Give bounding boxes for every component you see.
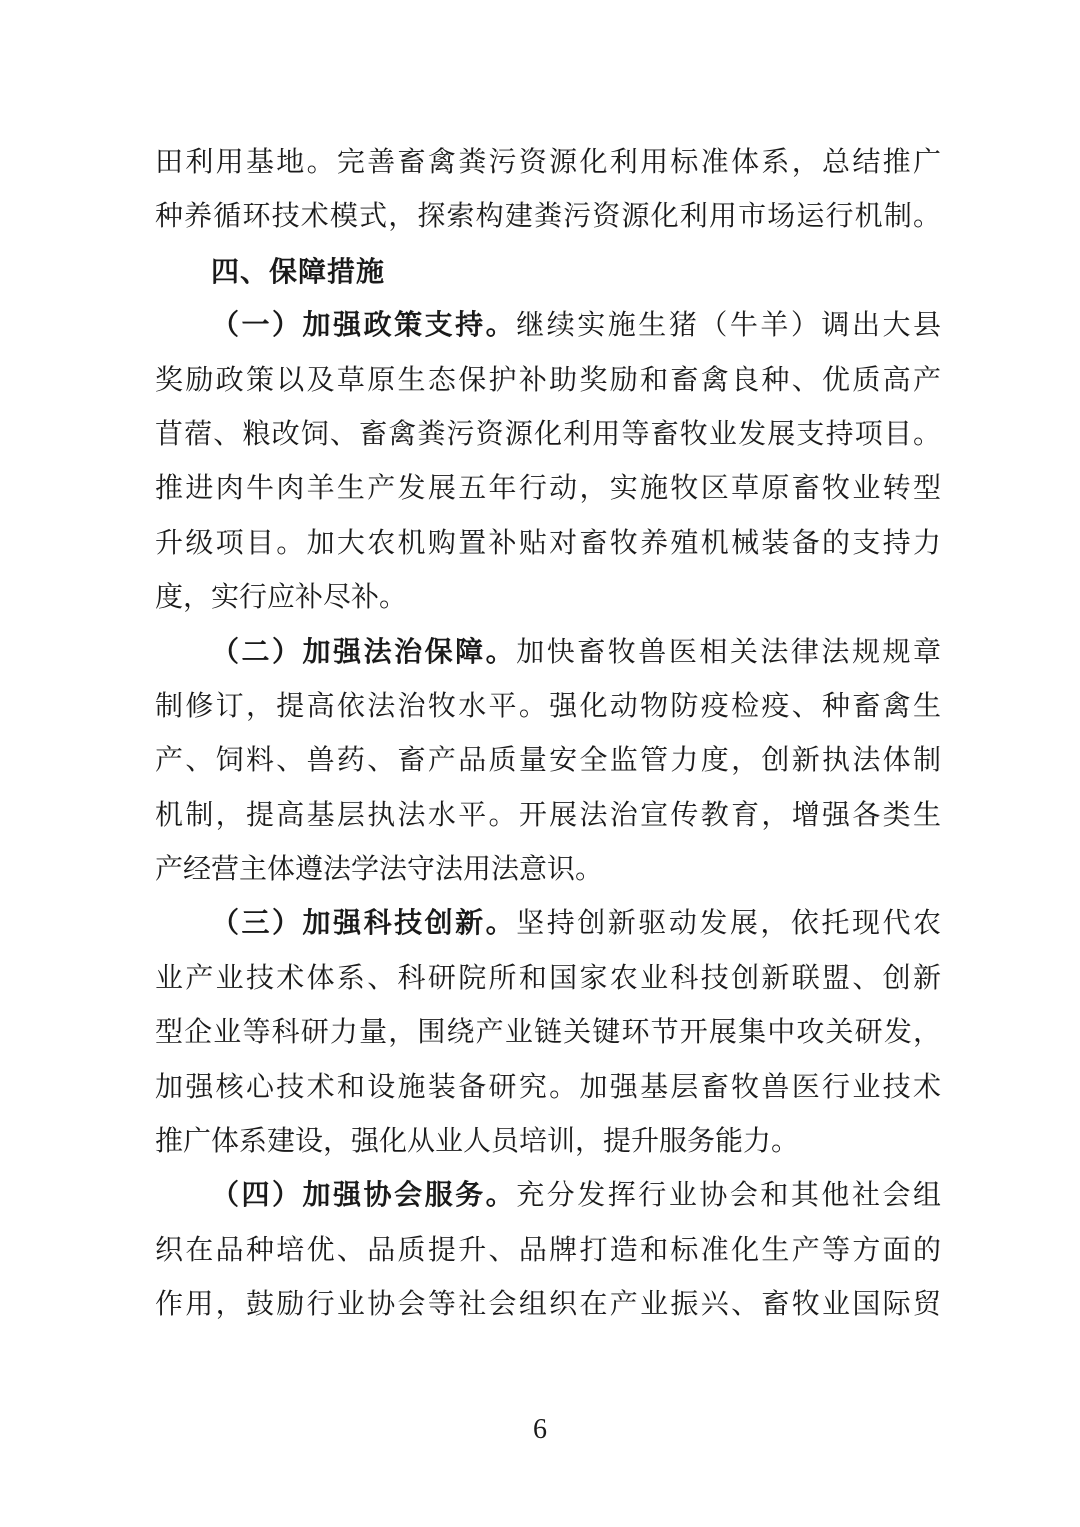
text-line: （一）加强政策支持。继续实施生猪（牛羊）调出大县 <box>155 299 941 353</box>
text-line: 推进肉牛肉羊生产发展五年行动，实施牧区草原畜牧业转型 <box>155 462 941 516</box>
text-line: 制修订，提高依法治牧水平。强化动物防疫检疫、种畜禽生 <box>155 680 941 734</box>
text-line: 织在品种培优、品质提升、品牌打造和标准化生产等方面的 <box>155 1224 941 1278</box>
text-line: 田利用基地。完善畜禽粪污资源化利用标准体系，总结推广 <box>155 136 941 190</box>
text-line: 业产业技术体系、科研院所和国家农业科技创新联盟、创新 <box>155 952 941 1006</box>
heading-text: 四、保障措施 <box>211 256 385 287</box>
text-line: 推广体系建设，强化从业人员培训，提升服务能力。 <box>155 1115 941 1169</box>
text-line: 产、饲料、兽药、畜产品质量安全监管力度，创新执法体制 <box>155 734 941 788</box>
text-line: 种养循环技术模式，探索构建粪污资源化利用市场运行机制。 <box>155 190 941 244</box>
text-block: 田利用基地。完善畜禽粪污资源化利用标准体系，总结推广种养循环技术模式，探索构建粪… <box>155 136 941 1333</box>
text-line: 机制，提高基层执法水平。开展法治宣传教育，增强各类生 <box>155 789 941 843</box>
paragraph-lead-bold: （一）加强政策支持。 <box>211 310 516 341</box>
text-line: （三）加强科技创新。坚持创新驱动发展，依托现代农 <box>155 897 941 951</box>
page-number: 6 <box>0 1413 1080 1447</box>
document-page: 田利用基地。完善畜禽粪污资源化利用标准体系，总结推广种养循环技术模式，探索构建粪… <box>0 0 1080 1527</box>
paragraph-lead-bold: （四）加强协会服务。 <box>211 1180 516 1211</box>
text-line: 产经营主体遵法学法守法用法意识。 <box>155 843 941 897</box>
text-line: 度，实行应补尽补。 <box>155 571 941 625</box>
paragraph-lead-bold: （二）加强法治保障。 <box>211 637 516 668</box>
text-line: 型企业等科研力量，围绕产业链关键环节开展集中攻关研发， <box>155 1006 941 1060</box>
paragraph-lead-bold: （三）加强科技创新。 <box>211 908 516 939</box>
text-line: 升级项目。加大农机购置补贴对畜牧养殖机械装备的支持力 <box>155 517 941 571</box>
text-line: 奖励政策以及草原生态保护补助奖励和畜禽良种、优质高产 <box>155 354 941 408</box>
text-line: 作用，鼓励行业协会等社会组织在产业振兴、畜牧业国际贸 <box>155 1278 941 1332</box>
text-line: 加强核心技术和设施装备研究。加强基层畜牧兽医行业技术 <box>155 1061 941 1115</box>
text-line: （二）加强法治保障。加快畜牧兽医相关法律法规规章 <box>155 626 941 680</box>
text-line: （四）加强协会服务。充分发挥行业协会和其他社会组 <box>155 1169 941 1223</box>
text-line: 苜蓿、粮改饲、畜禽粪污资源化利用等畜牧业发展支持项目。 <box>155 408 941 462</box>
section-heading: 四、保障措施 <box>155 245 941 299</box>
